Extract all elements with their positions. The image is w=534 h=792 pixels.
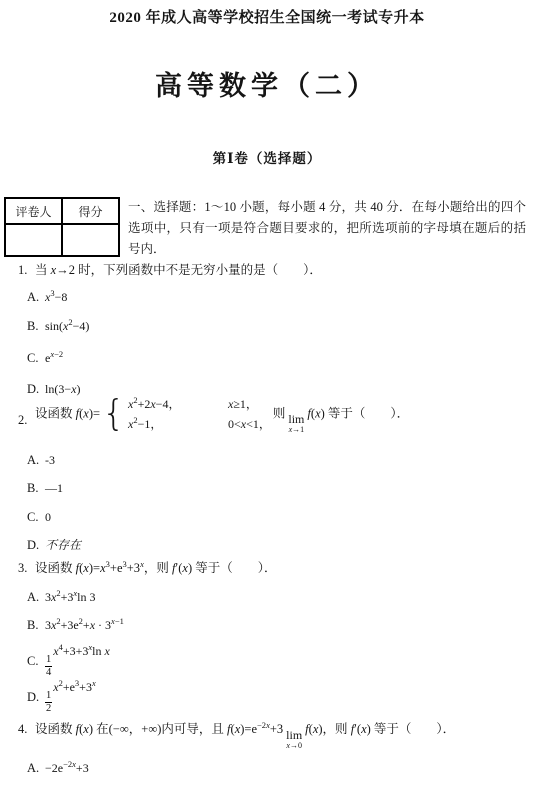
q1-option-d: D. ln(3−x)	[27, 381, 80, 397]
q2-option-b: B. —1	[27, 480, 63, 496]
q1-option-a: A. x3−8	[27, 289, 67, 305]
section-title: 第Ⅰ卷（选择题）	[0, 147, 534, 167]
option-label: B.	[27, 318, 45, 334]
question-3: 3. 设函数 f(x)=x3+e3+3x，则 f′(x) 等于（ ）．	[18, 560, 276, 577]
question-1: 1. 当 x→2 时，下列函数中不是无穷小量的是（ ）．	[18, 262, 322, 279]
q2-option-d: D. 不存在	[27, 537, 81, 553]
grader-header-cell: 评卷人	[5, 198, 62, 224]
option-label: D.	[27, 537, 45, 553]
q4-option-a: A. −2e−2x+3	[27, 760, 89, 776]
option-formula: sin(x2−4)	[45, 318, 89, 334]
question-number: 4.	[18, 721, 35, 750]
question-stem: 设函数 f(x) 在(−∞，+∞)内可导，且 f(x)=e−2x+3limx→0…	[35, 721, 455, 750]
q2-option-c: C. 0	[27, 509, 51, 525]
option-label: A.	[27, 760, 45, 776]
score-empty-cell	[62, 224, 119, 256]
page-title: 高等数学（二）	[0, 64, 534, 103]
question-number: 3.	[18, 560, 35, 577]
option-formula: 不存在	[45, 537, 81, 553]
score-table: 评卷人 得分	[4, 197, 120, 257]
q3-option-d: D. 12x2+e3+3x	[27, 679, 96, 715]
question-stem: 设函数 f(x)=x3+e3+3x，则 f′(x) 等于（ ）．	[35, 560, 276, 577]
option-label: D.	[27, 689, 45, 705]
option-formula: ln(3−x)	[45, 381, 80, 397]
exam-page: 2020 年成人高等学校招生全国统一考试专升本 高等数学（二） 第Ⅰ卷（选择题）…	[0, 0, 534, 792]
score-header-cell: 得分	[62, 198, 119, 224]
option-formula: ex−2	[45, 350, 63, 366]
option-label: A.	[27, 452, 45, 468]
option-label: A.	[27, 589, 45, 605]
option-label: C.	[27, 509, 45, 525]
option-label: B.	[27, 617, 45, 633]
question-2: 2. 设函数 f(x)={x2+2x−4，x≥1，x2−1，0<x<1，则lim…	[18, 396, 409, 434]
question-number: 2.	[18, 412, 35, 434]
question-4: 4. 设函数 f(x) 在(−∞，+∞)内可导，且 f(x)=e−2x+3lim…	[18, 721, 524, 750]
option-formula: 0	[45, 509, 51, 525]
question-stem: 设函数 f(x)={x2+2x−4，x≥1，x2−1，0<x<1，则limx→1…	[35, 396, 409, 434]
q2-option-a: A. -3	[27, 452, 55, 468]
option-formula: 3x2+3e2+x · 3x−1	[45, 617, 124, 633]
option-formula: 14x4+3+3xln x	[45, 643, 110, 679]
option-label: C.	[27, 653, 45, 669]
option-formula: -3	[45, 452, 55, 468]
option-label: D.	[27, 381, 45, 397]
q3-option-c: C. 14x4+3+3xln x	[27, 643, 110, 679]
option-formula: 3x2+3xln 3	[45, 589, 95, 605]
option-label: A.	[27, 289, 45, 305]
exam-header: 2020 年成人高等学校招生全国统一考试专升本	[0, 6, 534, 27]
option-label: C.	[27, 350, 45, 366]
section-instructions: 一、选择题：1～10 小题，每小题 4 分，共 40 分．在每小题给出的四个选项…	[128, 197, 526, 260]
q1-option-b: B. sin(x2−4)	[27, 318, 89, 334]
q3-option-a: A. 3x2+3xln 3	[27, 589, 95, 605]
question-stem: 当 x→2 时，下列函数中不是无穷小量的是（ ）．	[35, 262, 322, 279]
option-formula: x3−8	[45, 289, 67, 305]
q3-option-b: B. 3x2+3e2+x · 3x−1	[27, 617, 124, 633]
option-label: B.	[27, 480, 45, 496]
grader-empty-cell	[5, 224, 62, 256]
option-formula: 12x2+e3+3x	[45, 679, 96, 715]
q1-option-c: C. ex−2	[27, 350, 63, 366]
question-number: 1.	[18, 262, 35, 279]
option-formula: −2e−2x+3	[45, 760, 89, 776]
option-formula: —1	[45, 480, 63, 496]
